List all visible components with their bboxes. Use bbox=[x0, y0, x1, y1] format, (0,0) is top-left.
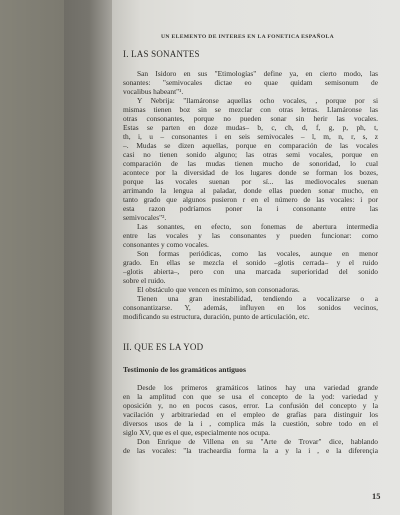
text-line: sonantes: "semivocales dictae eo quae qu… bbox=[123, 79, 378, 87]
text-line: porque las vocales suenan por sí... las … bbox=[123, 178, 378, 186]
text-line: otras consonantes, porque no pueden sona… bbox=[123, 115, 378, 123]
text-line: Las sonantes, en efecto, son fonemas de … bbox=[137, 223, 378, 231]
text-line: –. Mudas se dizen aquellas, porque en co… bbox=[123, 142, 378, 150]
text-line: Y Nebrija: "llamáronse aquellas ocho voc… bbox=[137, 97, 378, 105]
section-heading-2: II. QUE ES LA YOD bbox=[123, 342, 203, 352]
text-line: oposición y, no en pocos casos, error. L… bbox=[123, 402, 378, 410]
text-line: sobre el ruido. bbox=[123, 277, 378, 285]
text-line: casi no tienen sonido alguno; las otras … bbox=[123, 151, 378, 159]
text-line: vacilación y arbitrariedad en el empleo … bbox=[123, 411, 378, 419]
text-line: mismas tienen boz sin se mezclar con otr… bbox=[123, 106, 378, 114]
text-line: Tienen una gran inestabilidad, tendiendo… bbox=[137, 295, 378, 303]
text-line: entre las vocales y las consonantes y pu… bbox=[123, 232, 378, 240]
running-head: UN ELEMENTO DE INTERES EN LA FONETICA ES… bbox=[161, 34, 334, 40]
text-line: Don Enrique de Villena en su "Arte de Tr… bbox=[137, 438, 378, 446]
section-heading-1: I. LAS SONANTES bbox=[123, 49, 200, 59]
text-line: vocalibus habeant"¹. bbox=[123, 88, 378, 96]
text-line: grado. En ellas se mezcla el sonido –glo… bbox=[123, 259, 378, 267]
text-line: comparación de las mudas tienen mucho de… bbox=[123, 160, 378, 168]
text-line: consonantes y como vocales. bbox=[123, 241, 378, 249]
text-line: consonantizarse. Y, además, influyen en … bbox=[123, 304, 378, 312]
page-number: 15 bbox=[372, 492, 380, 501]
subsection-heading: Testimonio de los gramáticos antiguos bbox=[123, 365, 246, 374]
text-line: arrimando la lengua al paladar, donde el… bbox=[123, 187, 378, 195]
text-line: siglo XV, que es el que, especialmente n… bbox=[123, 429, 378, 437]
text-line: modificando su estructura, duración, pun… bbox=[123, 313, 378, 321]
text-line: Son formas periódicas, como las vocales,… bbox=[137, 250, 378, 258]
text-line: th, i, u – consonantes i en seis semivoc… bbox=[123, 133, 378, 141]
text-line: de las vocales: "la tracheardia forma la… bbox=[123, 447, 378, 455]
text-line: Estas se parten en doze mudas– b, c, ch,… bbox=[123, 124, 378, 132]
text-line: tanto grado que algunos pusieron r en el… bbox=[123, 196, 378, 204]
text-line: –glotis abierta–, pero con una marcada s… bbox=[123, 268, 378, 276]
text-line: San Isidoro en sus "Etimologías" define … bbox=[137, 70, 378, 78]
text-line: diversos usos de la i , complica más la … bbox=[123, 420, 378, 428]
left-page-edge bbox=[0, 0, 64, 515]
text-line: esta razon podríamos poner la i consonan… bbox=[123, 205, 378, 213]
text-line: acontece por la diversidad de los lugare… bbox=[123, 169, 378, 177]
text-line: en la amplitud con que se usa el concept… bbox=[123, 393, 378, 401]
text-line: Desde los primeros gramáticos latinos ha… bbox=[137, 384, 378, 392]
text-line: semivocales"². bbox=[123, 214, 378, 222]
text-line: El obstáculo que vencen es mínimo, son c… bbox=[137, 286, 378, 294]
